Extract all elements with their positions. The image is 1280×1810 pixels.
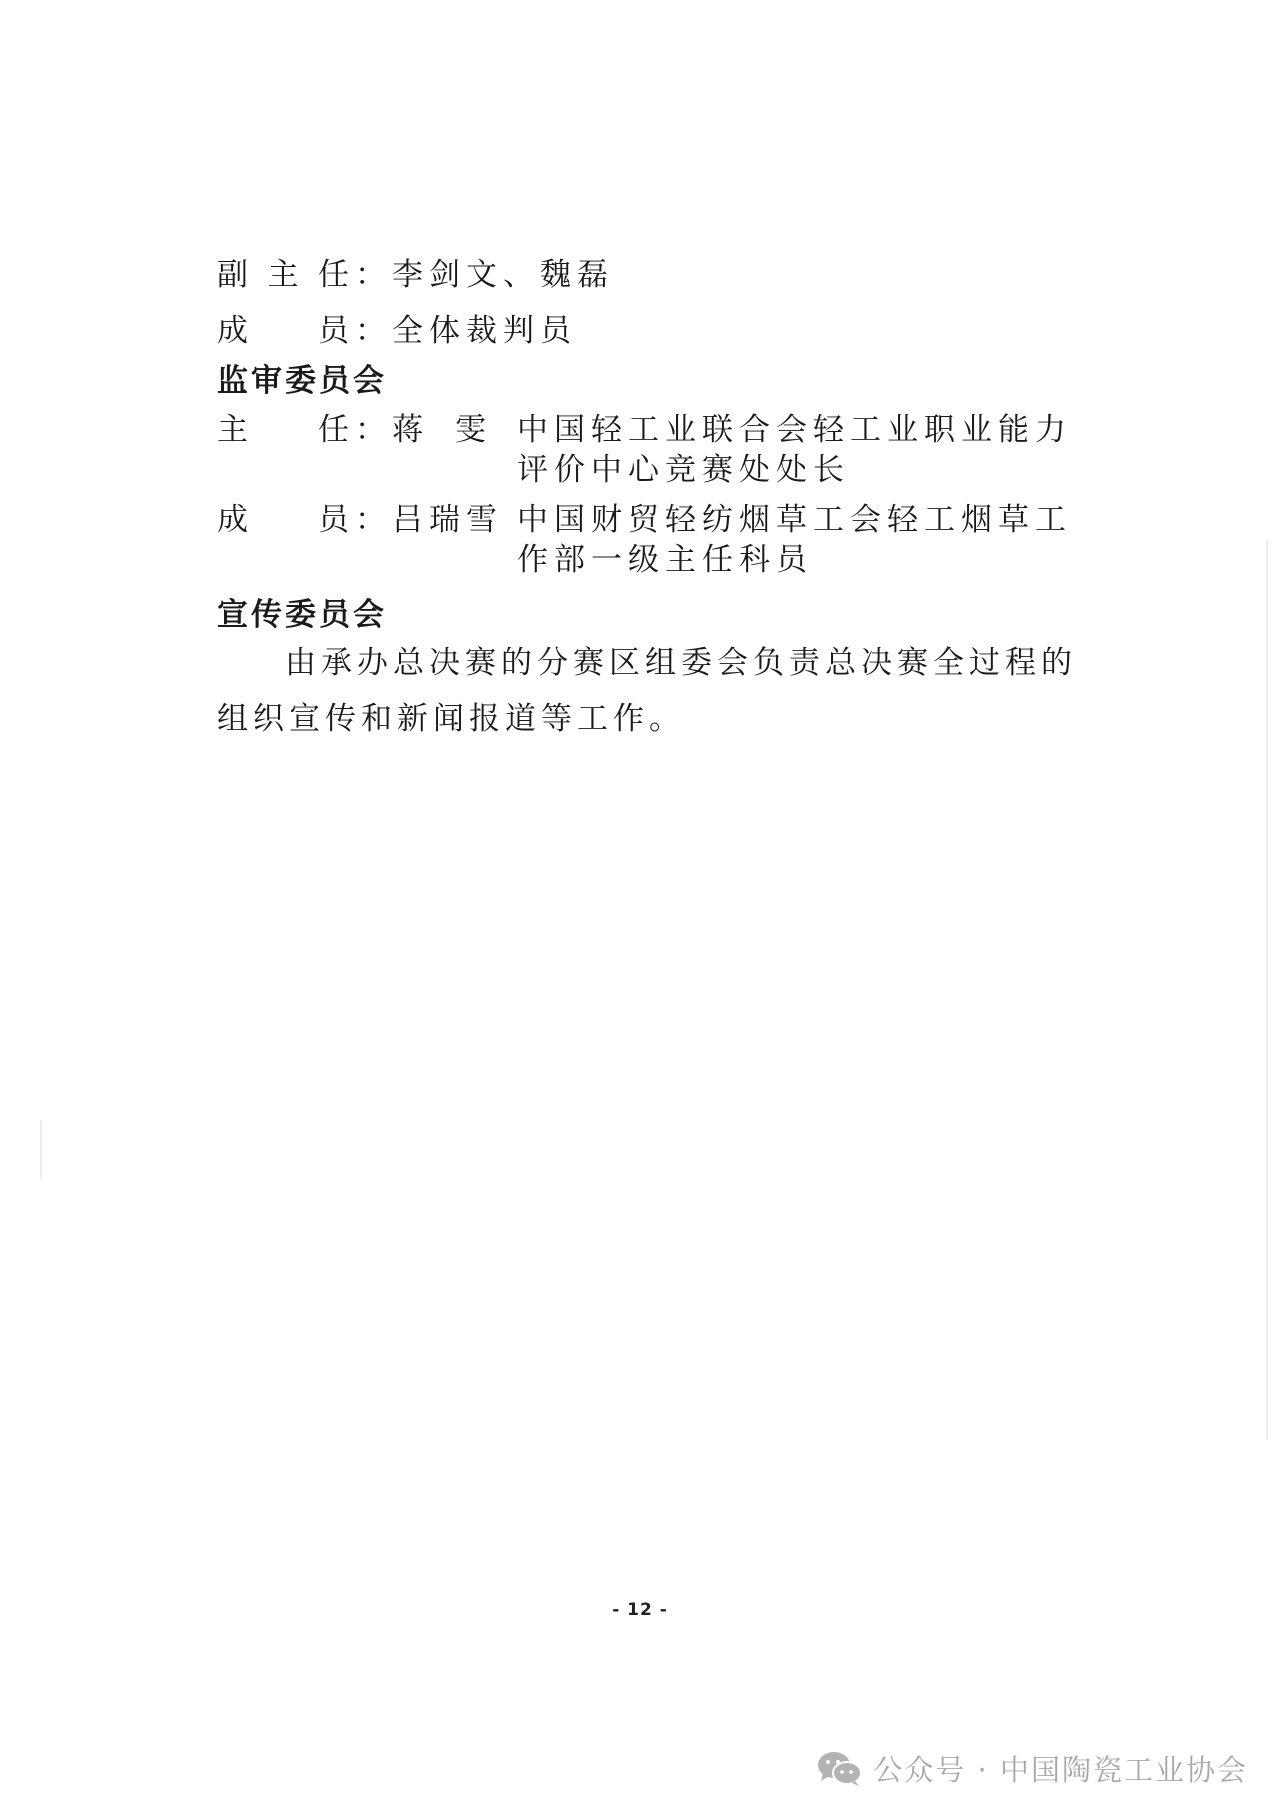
supervision-member-title: 中国财贸轻纺烟草工会轻工烟草工作部一级主任科员: [517, 500, 1077, 580]
members-value: 全体裁判员: [392, 311, 577, 351]
members-label: 成 员：: [217, 311, 392, 351]
publicity-committee-heading: 宣传委员会: [217, 595, 387, 635]
supervision-member-row: 成 员： 吕瑞雪 中国财贸轻纺烟草工会轻工烟草工作部一级主任科员: [217, 500, 1097, 580]
publicity-committee-paragraph: 由承办总决赛的分赛区组委会负责总决赛全过程的组织宣传和新闻报道等工作。: [217, 635, 1097, 747]
supervision-director-row: 主 任： 蒋 雯 中国轻工业联合会轻工业职业能力评价中心竞赛处处长: [217, 410, 1097, 490]
watermark-text: 公众号 · 中国陶瓷工业协会: [873, 1748, 1248, 1789]
supervision-member-label: 成 员：: [217, 500, 392, 540]
page-number: - 12 -: [0, 1600, 1280, 1620]
supervision-committee-heading: 监审委员会: [217, 361, 387, 401]
scan-edge-line: [1266, 540, 1268, 1440]
supervision-director-title: 中国轻工业联合会轻工业职业能力评价中心竞赛处处长: [517, 410, 1077, 490]
supervision-director-name: 蒋 雯: [392, 410, 492, 450]
supervision-member-name: 吕瑞雪: [392, 500, 503, 540]
vice-director-label: 副 主 任：: [217, 255, 392, 295]
wechat-icon: [817, 1751, 863, 1787]
scan-edge-line: [40, 1120, 42, 1180]
vice-director-value: 李剑文、魏磊: [392, 255, 614, 295]
wechat-watermark: 公众号 · 中国陶瓷工业协会: [817, 1748, 1248, 1789]
supervision-director-label: 主 任：: [217, 410, 392, 450]
document-page: 副 主 任： 李剑文、魏磊 成 员： 全体裁判员 监审委员会 主 任： 蒋 雯: [0, 0, 1280, 1810]
